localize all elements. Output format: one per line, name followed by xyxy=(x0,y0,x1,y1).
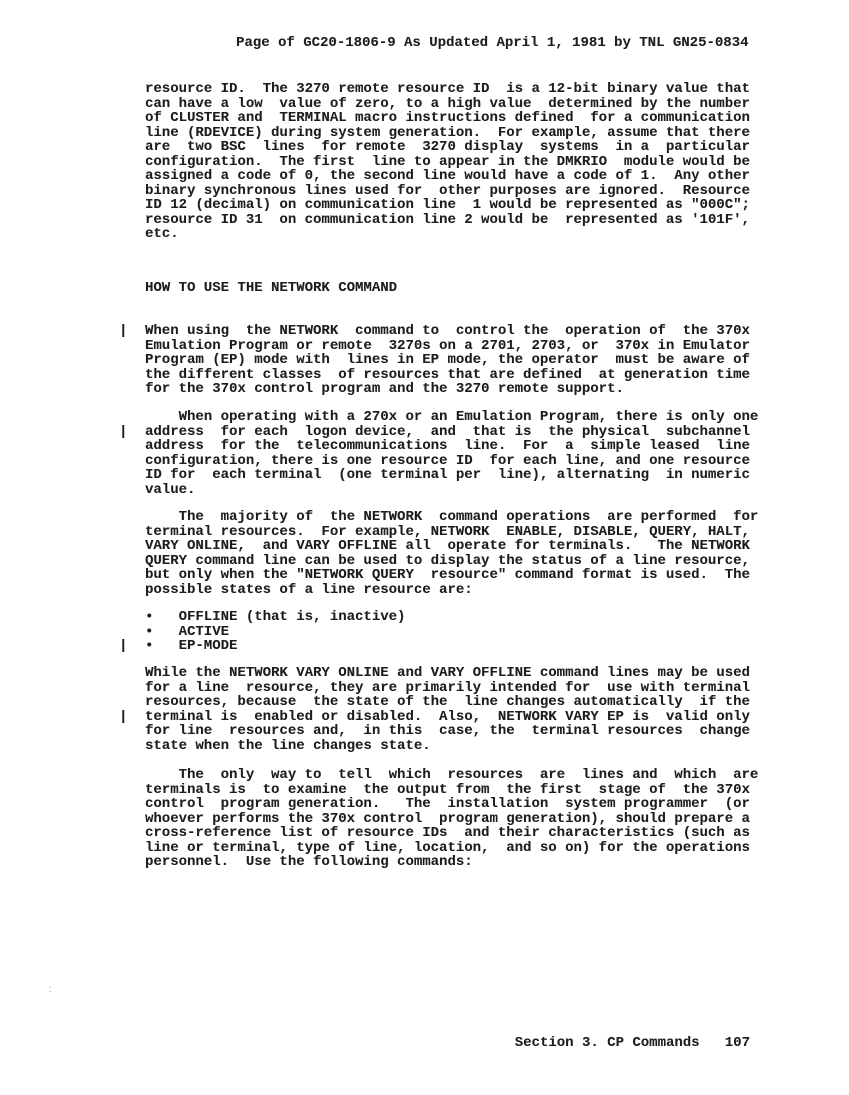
text-line: While the NETWORK VARY ONLINE and VARY O… xyxy=(145,666,750,681)
text-line: possible states of a line resource are: xyxy=(145,583,758,598)
text-line: The only way to tell which resources are… xyxy=(145,768,758,783)
text-line: terminal resources. For example, NETWORK… xyxy=(145,525,758,540)
change-bar: | xyxy=(119,639,127,654)
scan-margin-artifact: : xyxy=(47,986,53,996)
text-line: value. xyxy=(145,483,758,498)
running-header: Page of GC20-1806-9 As Updated April 1, … xyxy=(236,36,748,51)
text-line: |address for each logon device, and that… xyxy=(145,425,758,440)
text-line: line or terminal, type of line, location… xyxy=(145,841,758,856)
text-line: address for the telecommunications line.… xyxy=(145,439,758,454)
text-line: can have a low value of zero, to a high … xyxy=(145,97,750,112)
bullet-item: • ACTIVE xyxy=(145,625,405,640)
text-line: configuration, there is one resource ID … xyxy=(145,454,758,469)
text-line-text: When using the NETWORK command to contro… xyxy=(145,323,750,339)
bullet-item: |• EP-MODE xyxy=(145,639,405,654)
bullet-item: • OFFLINE (that is, inactive) xyxy=(145,610,405,625)
change-bar: | xyxy=(119,324,127,339)
text-line: terminals is to examine the output from … xyxy=(145,783,758,798)
paragraph-cross-reference: The only way to tell which resources are… xyxy=(145,768,758,870)
text-line: assigned a code of 0, the second line wo… xyxy=(145,169,750,184)
text-line: |When using the NETWORK command to contr… xyxy=(145,324,750,339)
text-line: Emulation Program or remote 3270s on a 2… xyxy=(145,339,750,354)
text-line: resource ID. The 3270 remote resource ID… xyxy=(145,82,750,97)
text-line: Program (EP) mode with lines in EP mode,… xyxy=(145,353,750,368)
page-footer: Section 3. CP Commands 107 xyxy=(145,1036,750,1051)
text-line: cross-reference list of resource IDs and… xyxy=(145,826,758,841)
text-line: of CLUSTER and TERMINAL macro instructio… xyxy=(145,111,750,126)
text-line: etc. xyxy=(145,227,750,242)
text-line: resources, because the state of the line… xyxy=(145,695,750,710)
text-line: |terminal is enabled or disabled. Also, … xyxy=(145,710,750,725)
text-line: are two BSC lines for remote 3270 displa… xyxy=(145,140,750,155)
text-line: state when the line changes state. xyxy=(145,739,750,754)
text-line: control program generation. The installa… xyxy=(145,797,758,812)
paragraph-vary-online-offline: While the NETWORK VARY ONLINE and VARY O… xyxy=(145,666,750,753)
text-line: for a line resource, they are primarily … xyxy=(145,681,750,696)
text-line: personnel. Use the following commands: xyxy=(145,855,758,870)
text-line: ID 12 (decimal) on communication line 1 … xyxy=(145,198,750,213)
text-line: for line resources and, in this case, th… xyxy=(145,724,750,739)
bullet-list-line-states: • OFFLINE (that is, inactive) • ACTIVE |… xyxy=(145,610,405,654)
paragraph-network-majority: The majority of the NETWORK command oper… xyxy=(145,510,758,597)
text-line: for the 370x control program and the 327… xyxy=(145,382,750,397)
text-line: binary synchronous lines used for other … xyxy=(145,184,750,199)
text-line: configuration. The first line to appear … xyxy=(145,155,750,170)
text-line: The majority of the NETWORK command oper… xyxy=(145,510,758,525)
change-bar: | xyxy=(119,710,127,725)
text-line: but only when the "NETWORK QUERY resourc… xyxy=(145,568,758,583)
running-header-text: Page of GC20-1806-9 As Updated April 1, … xyxy=(236,36,748,51)
text-line: whoever performs the 370x control progra… xyxy=(145,812,758,827)
paragraph-when-using-network: |When using the NETWORK command to contr… xyxy=(145,324,750,397)
bullet-item-text: • EP-MODE xyxy=(145,638,237,654)
text-line: line (RDEVICE) during system generation.… xyxy=(145,126,750,141)
change-bar: | xyxy=(119,425,127,440)
page-footer-text: Section 3. CP Commands 107 xyxy=(145,1036,750,1051)
section-heading: HOW TO USE THE NETWORK COMMAND xyxy=(145,281,397,296)
document-page: Page of GC20-1806-9 As Updated April 1, … xyxy=(0,0,849,1095)
text-line: When operating with a 270x or an Emulati… xyxy=(145,410,758,425)
section-heading-text: HOW TO USE THE NETWORK COMMAND xyxy=(145,281,397,296)
paragraph-when-operating-270x: When operating with a 270x or an Emulati… xyxy=(145,410,758,497)
text-line: resource ID 31 on communication line 2 w… xyxy=(145,213,750,228)
text-line: VARY ONLINE, and VARY OFFLINE all operat… xyxy=(145,539,758,554)
text-line: ID for each terminal (one terminal per l… xyxy=(145,468,758,483)
paragraph-resource-id: resource ID. The 3270 remote resource ID… xyxy=(145,82,750,242)
text-line: the different classes of resources that … xyxy=(145,368,750,383)
text-line: QUERY command line can be used to displa… xyxy=(145,554,758,569)
